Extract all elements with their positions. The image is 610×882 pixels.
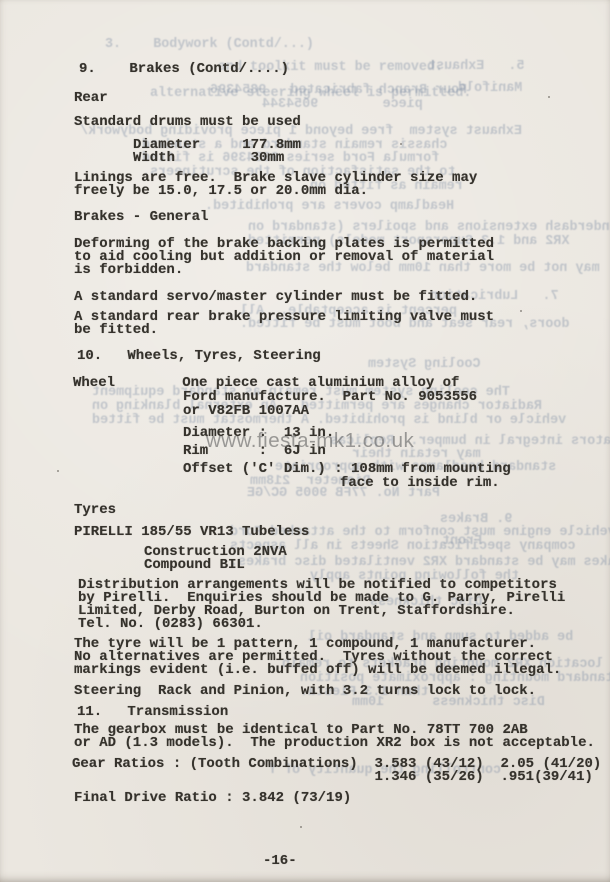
bleedthrough-text: Headlamp covers are prohibited. xyxy=(205,200,454,213)
doc-line: Steering Rack and Pinion, with 3.2 turns… xyxy=(74,684,536,698)
doc-line: Offset ('C' Dim.) : 108mm from mounting xyxy=(183,462,511,476)
scanned-page: 3. Bodywork (Contd/...)and toolkit must … xyxy=(0,0,610,882)
paper-speck xyxy=(57,470,59,472)
bleedthrough-text: piece 9054344 xyxy=(262,98,423,111)
doc-line: Brakes - General xyxy=(74,210,208,224)
watermark: www.fiesta-mk1.co.uk xyxy=(206,430,414,452)
doc-line: -16- xyxy=(263,854,297,868)
bleedthrough-text: 5. Exhaust xyxy=(428,60,524,73)
doc-line: Width 30mm xyxy=(133,151,284,165)
bleedthrough-text: Manifold xyxy=(458,82,522,95)
doc-line: or AD (1.3 models). The production XR2 b… xyxy=(74,736,595,750)
doc-line: 9. Brakes (Contd/....) xyxy=(79,62,289,76)
bleedthrough-text: Cooling System xyxy=(368,358,481,371)
doc-line: 1.346 (35/26) .951(39/41) xyxy=(72,770,593,784)
bleedthrough-text: Four Branch fabricated 9854396 xyxy=(210,84,467,97)
doc-line: 11. Transmission xyxy=(77,705,228,719)
doc-line: is forbidden. xyxy=(74,263,183,277)
bleedthrough-text: 3. Bodywork (Contd/...) xyxy=(105,38,314,51)
doc-line: Final Drive Ratio : 3.842 (73/19) xyxy=(74,791,351,805)
doc-line: face to inside rim. xyxy=(340,476,500,490)
doc-line: PIRELLI 185/55 VR13 Tubeless xyxy=(74,525,309,539)
doc-line: 10. Wheels, Tyres, Steering xyxy=(77,349,321,363)
bleedthrough-text: underdash extensions and spoilers (stand… xyxy=(248,221,610,234)
doc-line: A standard servo/master cylinder must be… xyxy=(74,290,477,304)
bleedthrough-text: Front brakes may be standard XR2 ventila… xyxy=(230,556,610,569)
doc-line: Wheel One piece cast aluminium alloy of xyxy=(73,376,459,390)
paper-speck xyxy=(548,96,550,98)
doc-line: Rear xyxy=(74,91,108,105)
doc-line: be fitted. xyxy=(74,323,158,337)
doc-line: Standard drums must be used xyxy=(74,115,301,129)
doc-line: or V82FB 1007AA xyxy=(183,404,309,418)
doc-line: freely be 15.0, 17.5 or 20.0mm dia. xyxy=(74,184,368,198)
paper-speck xyxy=(400,143,402,145)
paper-speck xyxy=(520,310,522,312)
doc-line: markings evident (i.e. buffed off) will … xyxy=(74,663,561,677)
doc-line: Compound BIL xyxy=(144,558,245,572)
doc-line: Ford manufacture. Part No. 9053556 xyxy=(183,390,477,404)
doc-line: Tyres xyxy=(74,503,116,517)
doc-line: Tel. No. (0283) 66301. xyxy=(78,617,263,631)
paper-speck xyxy=(300,826,302,828)
